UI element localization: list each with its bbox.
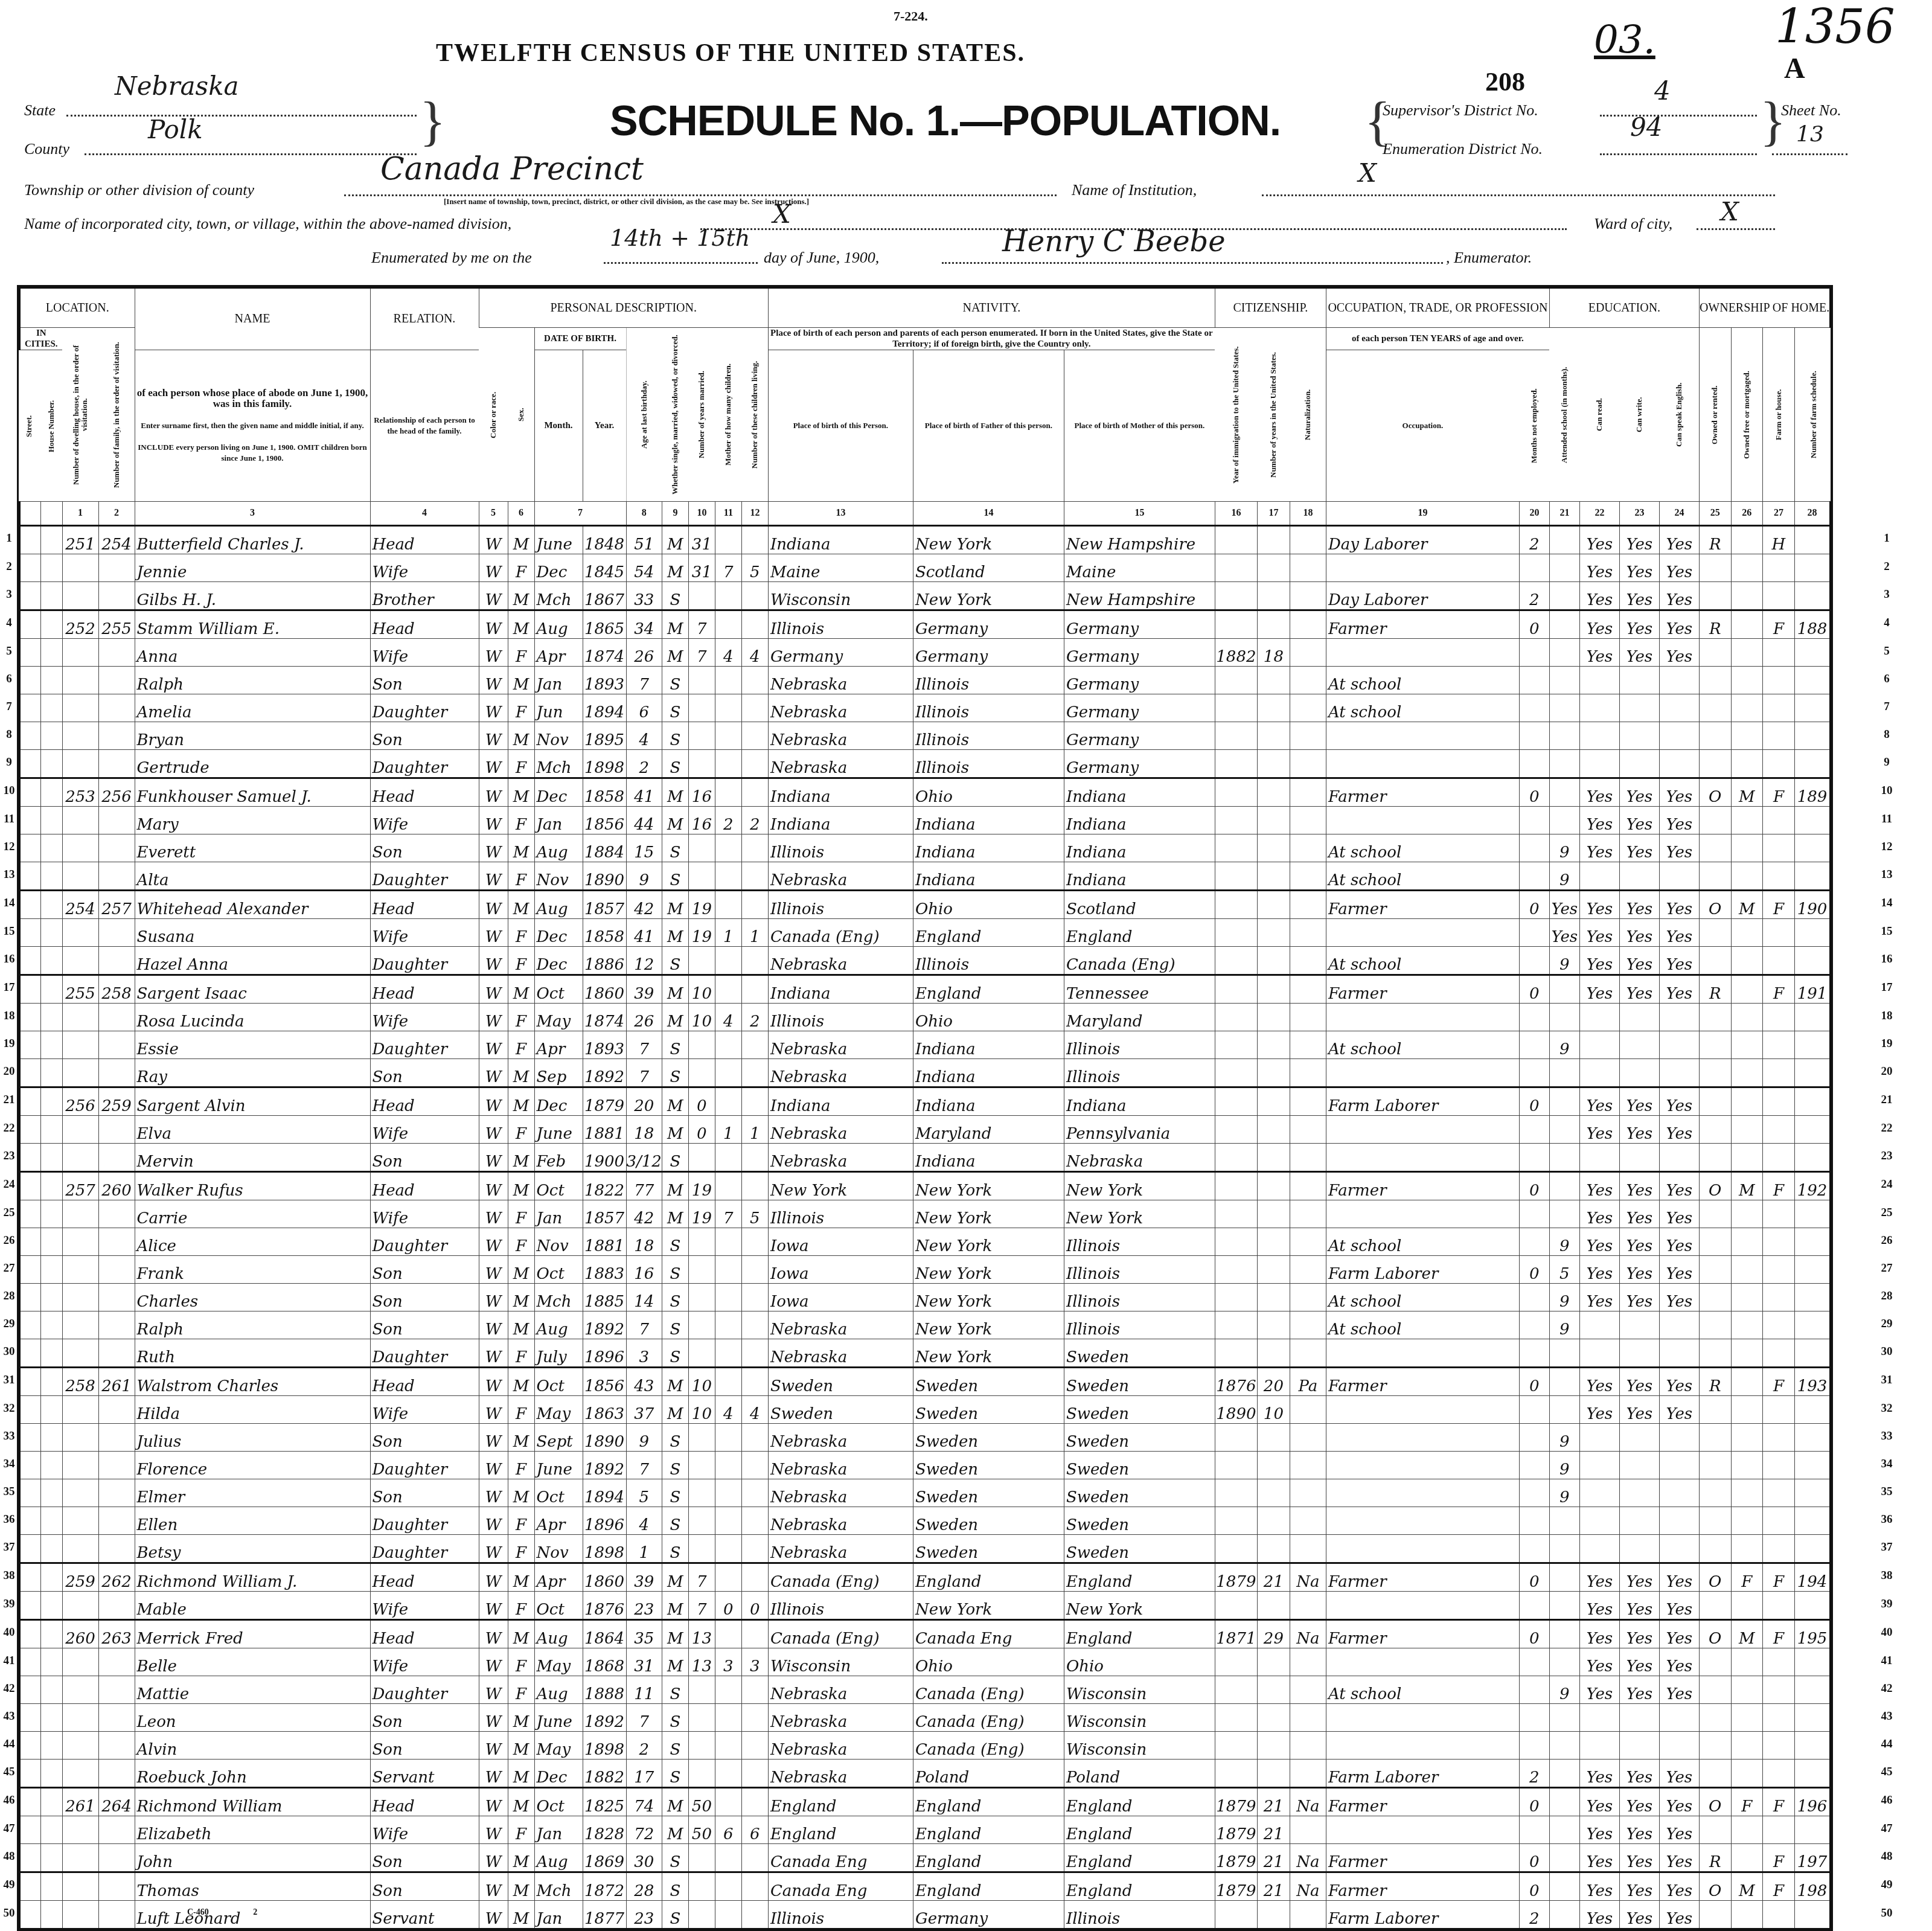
mother-of-children-cell [715, 1704, 741, 1732]
can-write-cell [1619, 1452, 1659, 1479]
attended-school-cell [1549, 1535, 1579, 1563]
attended-school-cell [1549, 1004, 1579, 1031]
color-race-cell: W [479, 582, 508, 610]
owned-free-or-mortgaged-cell [1731, 1424, 1763, 1452]
can-read-cell [1579, 1704, 1619, 1732]
years-in-us-cell [1257, 1116, 1290, 1144]
street-cell [19, 834, 40, 862]
occupation-cell: Farmer [1326, 1844, 1519, 1872]
years-in-us-cell: 21 [1257, 1872, 1290, 1901]
farm-schedule-number-cell [1794, 667, 1831, 694]
mother-birthplace-cell: Illinois [1064, 1311, 1215, 1339]
naturalization-cell: Na [1290, 1788, 1326, 1816]
years-married-cell: 10 [688, 1368, 715, 1396]
occupation-cell [1326, 1452, 1519, 1479]
line-number: 49 [1, 1878, 17, 1892]
street-cell [19, 778, 40, 807]
owned-free-or-mortgaged-cell [1731, 1284, 1763, 1311]
color-race-cell: W [479, 554, 508, 582]
occupation-cell [1326, 1200, 1519, 1228]
mother-of-children-cell [715, 694, 741, 722]
census-row: AnnaWifeWFApr187426M744GermanyGermanyGer… [19, 639, 1831, 667]
birthplace-cell: England [768, 1788, 913, 1816]
line-number: 17 [1872, 981, 1902, 994]
column-number: 28 [1794, 502, 1831, 526]
family-number-cell: 264 [98, 1788, 135, 1816]
age-cell: 42 [626, 891, 662, 919]
attended-school-cell [1549, 1396, 1579, 1424]
house-cell [40, 1059, 62, 1087]
farm-or-house-cell [1763, 1396, 1795, 1424]
father-birthplace-cell: England [913, 1788, 1064, 1816]
attended-school-cell: 9 [1549, 1424, 1579, 1452]
line-number: 39 [1, 1598, 17, 1611]
birth-month-cell: Jan [534, 667, 583, 694]
naturalization-cell [1290, 1228, 1326, 1256]
person-name-cell: Bryan [135, 722, 370, 750]
can-read-cell: Yes [1579, 1116, 1619, 1144]
age-cell: 7 [626, 1311, 662, 1339]
street-cell [19, 947, 40, 975]
birthplace-cell: Canada Eng [768, 1844, 913, 1872]
dwelling-number-cell: 254 [62, 891, 98, 919]
years-in-us-cell: 18 [1257, 639, 1290, 667]
can-speak-english-cell [1659, 862, 1699, 891]
farm-schedule-number-cell [1794, 1284, 1831, 1311]
birthplace-cell: Wisconsin [768, 1648, 913, 1676]
occupation-cell [1326, 1816, 1519, 1844]
relation-cell: Head [370, 1368, 479, 1396]
can-read-cell: Yes [1579, 1172, 1619, 1200]
color-race-cell: W [479, 1507, 508, 1535]
birth-year-cell: 1865 [583, 610, 626, 639]
birth-year-cell: 1872 [583, 1872, 626, 1901]
years-married-cell: 31 [688, 526, 715, 554]
can-write-cell: Yes [1619, 1563, 1659, 1592]
color-race-cell: W [479, 1004, 508, 1031]
birthplace-cell: Iowa [768, 1284, 913, 1311]
months-unemployed-cell: 2 [1519, 1760, 1549, 1788]
farm-or-house-cell [1763, 1004, 1795, 1031]
birthplace-cell: Nebraska [768, 1732, 913, 1760]
census-row: 254257Whitehead AlexanderHeadWMAug185742… [19, 891, 1831, 919]
farm-schedule-number-cell [1794, 1424, 1831, 1452]
line-number: 26 [1872, 1234, 1902, 1247]
can-read-cell: Yes [1579, 891, 1619, 919]
father-birthplace-cell: Indiana [913, 834, 1064, 862]
sex-cell: F [508, 639, 534, 667]
owned-free-or-mortgaged-cell [1731, 1592, 1763, 1620]
dwelling-number-cell [62, 1144, 98, 1172]
farm-schedule-number-cell: 193 [1794, 1368, 1831, 1396]
birthplace-cell: Iowa [768, 1228, 913, 1256]
birth-month-cell: June [534, 1704, 583, 1732]
color-race-cell: W [479, 1228, 508, 1256]
children-living-cell [741, 750, 768, 778]
line-number: 28 [1872, 1290, 1902, 1303]
census-row: JuliusSonWMSept18909SNebraskaSwedenSwede… [19, 1424, 1831, 1452]
street-cell [19, 1563, 40, 1592]
owned-or-rented-cell [1699, 694, 1731, 722]
dwelling-number-cell: 260 [62, 1620, 98, 1648]
can-speak-english-cell: Yes [1659, 1563, 1699, 1592]
marital-status-cell: S [662, 1479, 688, 1507]
sex-cell: M [508, 610, 534, 639]
farm-or-house-cell: F [1763, 1872, 1795, 1901]
owned-or-rented-cell [1699, 1760, 1731, 1788]
color-race-cell: W [479, 526, 508, 554]
birth-year-cell: 1892 [583, 1059, 626, 1087]
attended-school-cell [1549, 1116, 1579, 1144]
age-cell: 11 [626, 1676, 662, 1704]
mother-of-children-cell [715, 1760, 741, 1788]
birth-month-cell: Jan [534, 1901, 583, 1930]
census-row: BelleWifeWFMay186831M1333WisconsinOhioOh… [19, 1648, 1831, 1676]
months-unemployed-cell [1519, 1311, 1549, 1339]
birth-year-cell: 1884 [583, 834, 626, 862]
owned-or-rented-cell [1699, 639, 1731, 667]
owned-free-or-mortgaged-cell [1731, 554, 1763, 582]
years-in-us-cell [1257, 1648, 1290, 1676]
farm-schedule-number-cell: 198 [1794, 1872, 1831, 1901]
years-in-us-cell [1257, 947, 1290, 975]
person-name-cell: Ralph [135, 667, 370, 694]
mother-of-children-cell [715, 1788, 741, 1816]
naturalization-cell [1290, 834, 1326, 862]
house-cell [40, 1479, 62, 1507]
birth-year-cell: 1888 [583, 1676, 626, 1704]
years-in-us-cell: 29 [1257, 1620, 1290, 1648]
birthplace-cell: Illinois [768, 891, 913, 919]
naturalization-cell [1290, 1901, 1326, 1930]
owned-or-rented-cell: R [1699, 610, 1731, 639]
attended-school-cell: 9 [1549, 1311, 1579, 1339]
years-in-us-cell [1257, 694, 1290, 722]
sheet-label: Sheet No. [1781, 101, 1841, 120]
attended-school-cell [1549, 722, 1579, 750]
line-number: 22 [1, 1122, 17, 1135]
can-read-cell [1579, 1507, 1619, 1535]
census-row: 253256Funkhouser Samuel J.HeadWMDec18584… [19, 778, 1831, 807]
color-race-cell: W [479, 1339, 508, 1368]
color-race-cell: W [479, 947, 508, 975]
mother-birthplace-cell: Indiana [1064, 834, 1215, 862]
owned-free-or-mortgaged-cell: F [1731, 1563, 1763, 1592]
years-in-us-cell [1257, 1592, 1290, 1620]
census-row: 255258Sargent IsaacHeadWMOct186039M10Ind… [19, 975, 1831, 1004]
family-number-cell [98, 1059, 135, 1087]
birthplace-cell: Illinois [768, 1200, 913, 1228]
owned-or-rented-cell: O [1699, 1872, 1731, 1901]
naturalization-cell [1290, 1200, 1326, 1228]
birth-year-cell: 1868 [583, 1648, 626, 1676]
children-living-cell: 5 [741, 554, 768, 582]
farm-schedule-number-cell [1794, 1507, 1831, 1535]
immigration-year-cell: 1879 [1215, 1872, 1257, 1901]
mother-of-children-cell: 2 [715, 807, 741, 834]
owned-free-or-mortgaged-cell [1731, 975, 1763, 1004]
children-living-cell [741, 1704, 768, 1732]
relation-cell: Son [370, 667, 479, 694]
farm-schedule-number-cell [1794, 1200, 1831, 1228]
mother-birthplace-cell: Sweden [1064, 1396, 1215, 1424]
owned-free-or-mortgaged-cell [1731, 1087, 1763, 1116]
enumeration-label: Enumeration District No. [1383, 140, 1543, 158]
age-cell: 74 [626, 1788, 662, 1816]
house-cell [40, 1704, 62, 1732]
dwelling-number-cell [62, 834, 98, 862]
farm-or-house-cell [1763, 1479, 1795, 1507]
line-number: 6 [1872, 673, 1902, 686]
birth-month-cell: Dec [534, 554, 583, 582]
years-married-cell [688, 834, 715, 862]
can-write-cell [1619, 1732, 1659, 1760]
relation-cell: Head [370, 1620, 479, 1648]
column-number: 19 [1326, 502, 1519, 526]
immigration-year-cell [1215, 834, 1257, 862]
dwelling-number-cell: 255 [62, 975, 98, 1004]
line-number: 30 [1872, 1345, 1902, 1359]
census-row: 252255Stamm William E.HeadWMAug186534M7I… [19, 610, 1831, 639]
attended-school-cell [1549, 1200, 1579, 1228]
street-cell [19, 554, 40, 582]
line-number: 9 [1872, 756, 1902, 769]
marital-status-cell: S [662, 1031, 688, 1059]
years-married-cell [688, 1339, 715, 1368]
owned-free-or-mortgaged-cell [1731, 639, 1763, 667]
immigration-year-cell: 1882 [1215, 639, 1257, 667]
years-in-us-cell [1257, 1144, 1290, 1172]
immigration-year-cell: 1879 [1215, 1563, 1257, 1592]
months-unemployed-cell: 0 [1519, 1872, 1549, 1901]
group-education: EDUCATION. [1549, 287, 1699, 328]
mother-of-children-cell [715, 1844, 741, 1872]
house-cell [40, 1172, 62, 1200]
months-unemployed-cell: 0 [1519, 1256, 1549, 1284]
birth-year-cell: 1892 [583, 1452, 626, 1479]
can-read-cell: Yes [1579, 1228, 1619, 1256]
can-write-cell: Yes [1619, 1648, 1659, 1676]
birth-month-cell: Jan [534, 807, 583, 834]
birth-month-cell: Nov [534, 862, 583, 891]
age-cell: 31 [626, 1648, 662, 1676]
can-write-cell [1619, 1424, 1659, 1452]
birth-month-cell: Oct [534, 1592, 583, 1620]
house-cell [40, 1901, 62, 1930]
can-speak-english-cell [1659, 1704, 1699, 1732]
birthplace-cell: Nebraska [768, 750, 913, 778]
occupation-cell [1326, 1479, 1519, 1507]
years-married-cell [688, 1031, 715, 1059]
owned-or-rented-cell: R [1699, 526, 1731, 554]
months-unemployed-cell: 2 [1519, 1901, 1549, 1930]
line-number: 33 [1872, 1430, 1902, 1443]
can-read-cell [1579, 722, 1619, 750]
marital-status-cell: M [662, 1087, 688, 1116]
color-race-cell: W [479, 1059, 508, 1087]
occupation-cell: At school [1326, 694, 1519, 722]
mother-of-children-cell [715, 778, 741, 807]
age-cell: 28 [626, 1872, 662, 1901]
years-married-cell [688, 722, 715, 750]
birthplace-cell: Wisconsin [768, 582, 913, 610]
line-number: 45 [1, 1766, 17, 1779]
father-birthplace-cell: Canada (Eng) [913, 1704, 1064, 1732]
years-in-us-cell [1257, 1059, 1290, 1087]
group-name: NAME [135, 287, 370, 350]
mother-of-children-cell: 6 [715, 1816, 741, 1844]
sex-cell: F [508, 807, 534, 834]
line-number: 8 [1872, 728, 1902, 741]
street-cell [19, 610, 40, 639]
occupation-cell [1326, 1116, 1519, 1144]
age-cell: 4 [626, 1507, 662, 1535]
line-number: 15 [1, 925, 17, 938]
children-living-cell [741, 1788, 768, 1816]
owned-or-rented-cell [1699, 1339, 1731, 1368]
date-of-birth: DATE OF BIRTH. [534, 328, 626, 350]
owned-or-rented-cell [1699, 1396, 1731, 1424]
immigration-year-cell [1215, 1535, 1257, 1563]
sex-cell: F [508, 1396, 534, 1424]
column-number: 18 [1290, 502, 1326, 526]
birthplace-cell: Nebraska [768, 1144, 913, 1172]
age-cell: 14 [626, 1284, 662, 1311]
birth-year-cell: 1867 [583, 582, 626, 610]
can-read-cell: Yes [1579, 1676, 1619, 1704]
attended-school-cell: Yes [1549, 891, 1579, 919]
line-number: 21 [1, 1094, 17, 1107]
father-birthplace-cell: New York [913, 1339, 1064, 1368]
years-married-cell [688, 1901, 715, 1930]
group-ownership: OWNERSHIP OF HOME. [1699, 287, 1831, 328]
enumerator-label: , Enumerator. [1446, 249, 1532, 267]
can-read-cell: Yes [1579, 610, 1619, 639]
attended-school-cell [1549, 610, 1579, 639]
line-number: 48 [1872, 1850, 1902, 1863]
census-row: CarrieWifeWFJan185742M1975IllinoisNew Yo… [19, 1200, 1831, 1228]
can-write-cell: Yes [1619, 1087, 1659, 1116]
sex-cell: M [508, 1760, 534, 1788]
street-cell [19, 975, 40, 1004]
line-number: 31 [1, 1374, 17, 1387]
age-cell: 9 [626, 1424, 662, 1452]
months-unemployed-cell [1519, 807, 1549, 834]
months-unemployed-cell [1519, 1200, 1549, 1228]
census-row: EssieDaughterWFApr18937SNebraskaIndianaI… [19, 1031, 1831, 1059]
street-cell [19, 1760, 40, 1788]
owned-free-or-mortgaged-cell [1731, 582, 1763, 610]
months-unemployed-cell: 0 [1519, 1172, 1549, 1200]
column-number [40, 502, 62, 526]
birth-month-cell: Feb [534, 1144, 583, 1172]
birth-month-cell: Oct [534, 1788, 583, 1816]
enumerated-day: 14th + 15th [610, 225, 750, 251]
owned-or-rented-cell [1699, 834, 1731, 862]
color-race-cell: W [479, 862, 508, 891]
attended-school-cell [1549, 1620, 1579, 1648]
relation-cell: Son [370, 1872, 479, 1901]
color-race-cell: W [479, 694, 508, 722]
birthplace-cell: Illinois [768, 1901, 913, 1930]
birth-month-cell: June [534, 1452, 583, 1479]
can-write-cell: Yes [1619, 1592, 1659, 1620]
line-number: 7 [1, 700, 17, 714]
children-living-cell [741, 1339, 768, 1368]
farm-schedule-number-cell [1794, 526, 1831, 554]
farm-schedule-number-cell [1794, 1311, 1831, 1339]
sex-cell: M [508, 1284, 534, 1311]
marital-status-cell: M [662, 1396, 688, 1424]
street-cell [19, 1648, 40, 1676]
farm-or-house-cell [1763, 1339, 1795, 1368]
person-name-cell: Richmond William J. [135, 1563, 370, 1592]
naturalization-cell [1290, 1396, 1326, 1424]
immigration-year-cell [1215, 526, 1257, 554]
can-write-cell [1619, 1004, 1659, 1031]
can-write-cell: Yes [1619, 1788, 1659, 1816]
owned-or-rented-cell [1699, 554, 1731, 582]
birth-year-cell: 1895 [583, 722, 626, 750]
marital-status-cell: S [662, 750, 688, 778]
line-number: 23 [1, 1150, 17, 1163]
father-birthplace-cell: New York [913, 1592, 1064, 1620]
line-number: 18 [1, 1010, 17, 1023]
mother-birthplace-cell: Germany [1064, 722, 1215, 750]
supervisor-value: 4 [1654, 76, 1671, 106]
can-write-cell [1619, 1535, 1659, 1563]
attended-school-cell: 9 [1549, 947, 1579, 975]
occupation-cell: Farmer [1326, 1563, 1519, 1592]
occupation-cell: At school [1326, 1311, 1519, 1339]
person-name-cell: Merrick Fred [135, 1620, 370, 1648]
naturalization-cell [1290, 1087, 1326, 1116]
family-number-cell [98, 1200, 135, 1228]
house-cell [40, 1004, 62, 1031]
census-row: AmeliaDaughterWFJun18946SNebraskaIllinoi… [19, 694, 1831, 722]
column-number: 2 [98, 502, 135, 526]
years-in-us-cell [1257, 1256, 1290, 1284]
mother-birthplace-cell: Illinois [1064, 1284, 1215, 1311]
occupation-cell: Farmer [1326, 975, 1519, 1004]
marital-status-cell: M [662, 778, 688, 807]
farm-or-house-cell [1763, 1816, 1795, 1844]
line-number: 48 [1, 1850, 17, 1863]
farm-or-house-cell [1763, 1704, 1795, 1732]
occupation-cell [1326, 722, 1519, 750]
farm-schedule-number-cell [1794, 639, 1831, 667]
sex-cell: M [508, 1172, 534, 1200]
farm-or-house-cell [1763, 1144, 1795, 1172]
line-number: 47 [1, 1822, 17, 1836]
family-number-cell [98, 639, 135, 667]
person-name-cell: Elva [135, 1116, 370, 1144]
age-cell: 26 [626, 1004, 662, 1031]
farm-or-house-cell [1763, 1256, 1795, 1284]
can-write-cell: Yes [1619, 1872, 1659, 1901]
dwelling-number-cell [62, 1116, 98, 1144]
years-in-us-cell [1257, 722, 1290, 750]
can-read-cell: Yes [1579, 947, 1619, 975]
years-married-cell: 50 [688, 1788, 715, 1816]
owned-free-or-mortgaged-cell [1731, 1535, 1763, 1563]
years-married-cell [688, 694, 715, 722]
relation-cell: Head [370, 975, 479, 1004]
house-cell [40, 1031, 62, 1059]
sex-cell: F [508, 750, 534, 778]
line-number: 43 [1, 1710, 17, 1723]
marital-status-cell: S [662, 1507, 688, 1535]
